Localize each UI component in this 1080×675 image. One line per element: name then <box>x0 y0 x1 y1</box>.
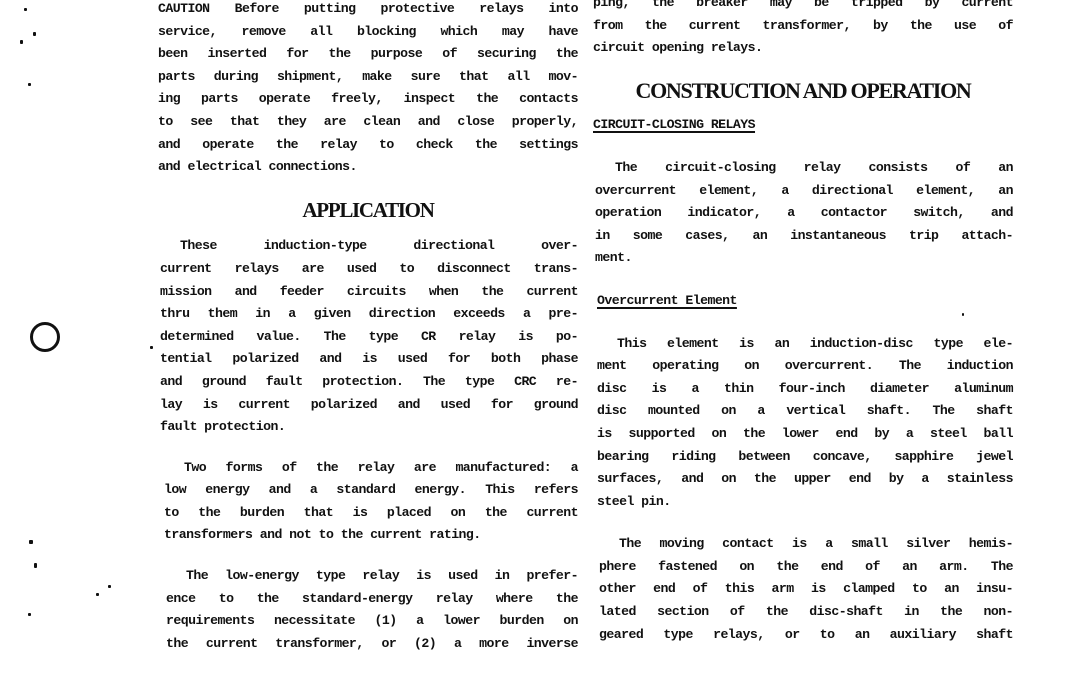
text-line: overcurrent element, a directional eleme… <box>595 180 1013 203</box>
text-line: Two forms of the relay are manufactured:… <box>164 457 578 480</box>
circuit-closing-paragraph: The circuit-closing relay consists of an… <box>593 157 1013 270</box>
text-line: in some cases, an instantaneous trip att… <box>595 225 1013 248</box>
text-line: ment operating on overcurrent. The induc… <box>597 355 1013 378</box>
scan-speck <box>28 83 31 86</box>
text-line: The low-energy type relay is used in pre… <box>166 565 578 588</box>
subheading-circuit-closing-relays: CIRCUIT-CLOSING RELAYS <box>593 114 755 137</box>
right-column: ping, the breaker may be tripped by curr… <box>593 0 1013 646</box>
text-line: other end of this arm is clamped to an i… <box>599 578 1013 601</box>
text-line: disc is a thin four-inch diameter alumin… <box>597 378 1013 401</box>
text-line: ing parts operate freely, inspect the co… <box>158 88 578 111</box>
text-line: requirements necessitate (1) a lower bur… <box>166 610 578 633</box>
text-line: to the burden that is placed on the curr… <box>164 502 578 525</box>
scan-speck <box>150 346 153 349</box>
scan-speck <box>108 585 111 588</box>
text-line: These induction-type directional over- <box>160 235 578 258</box>
text-line: to see that they are clean and close pro… <box>158 111 578 134</box>
text-line: fault protection. <box>160 416 578 439</box>
text-line: CAUTION Before putting protective relays… <box>158 0 578 21</box>
text-line: parts during shipment, make sure that al… <box>158 66 578 89</box>
text-line: from the current transformer, by the use… <box>593 15 1013 38</box>
text-line: ment. <box>595 247 1013 270</box>
text-line: geared type relays, or to an auxiliary s… <box>599 624 1013 647</box>
scan-speck <box>96 593 99 596</box>
text-line: The moving contact is a small silver hem… <box>599 533 1013 556</box>
text-line: thru them in a given direction exceeds a… <box>160 303 578 326</box>
text-line: ping, the breaker may be tripped by curr… <box>593 0 1013 15</box>
text-line: lated section of the disc-shaft in the n… <box>599 601 1013 624</box>
text-line: and operate the relay to check the setti… <box>158 134 578 157</box>
section-heading-construction: CONSTRUCTION AND OPERATION <box>593 80 1013 103</box>
application-paragraph-2: Two forms of the relay are manufactured:… <box>158 457 578 547</box>
text-line: disc mounted on a vertical shaft. The sh… <box>597 400 1013 423</box>
text-line: This element is an induction-disc type e… <box>597 333 1013 356</box>
text-line: is supported on the lower end by a steel… <box>597 423 1013 446</box>
section-heading-application: APPLICATION <box>158 199 578 222</box>
scan-speck <box>33 32 36 36</box>
scan-speck <box>24 8 27 11</box>
text-line: ence to the standard-energy relay where … <box>166 588 578 611</box>
caution-paragraph: CAUTION Before putting protective relays… <box>158 0 578 179</box>
text-line: circuit opening relays. <box>593 37 1013 60</box>
overcurrent-paragraph: This element is an induction-disc type e… <box>593 333 1013 514</box>
continuation-paragraph: ping, the breaker may be tripped by curr… <box>593 0 1013 60</box>
scan-speck <box>20 40 23 44</box>
text-line: current relays are used to disconnect tr… <box>160 258 578 281</box>
text-line: and electrical connections. <box>158 156 578 179</box>
text-line: been inserted for the purpose of securin… <box>158 43 578 66</box>
moving-contact-paragraph: The moving contact is a small silver hem… <box>593 533 1013 646</box>
scan-speck <box>28 613 31 616</box>
text-line: determined value. The type CR relay is p… <box>160 326 578 349</box>
application-paragraph-3: The low-energy type relay is used in pre… <box>158 565 578 655</box>
text-line: the current transformer, or (2) a more i… <box>166 633 578 656</box>
left-column: CAUTION Before putting protective relays… <box>158 0 578 655</box>
text-line: phere fastened on the end of an arm. The <box>599 556 1013 579</box>
binder-hole-mark <box>30 322 60 352</box>
text-line: transformers and not to the current rati… <box>164 524 578 547</box>
text-line: tential polarized and is used for both p… <box>160 348 578 371</box>
scan-speck <box>29 540 33 544</box>
application-paragraph-1: These induction-type directional over- c… <box>158 235 578 438</box>
text-line: service, remove all blocking which may h… <box>158 21 578 44</box>
text-line: mission and feeder circuits when the cur… <box>160 281 578 304</box>
text-line: operation indicator, a contactor switch,… <box>595 202 1013 225</box>
scan-speck <box>34 563 37 568</box>
text-line: bearing riding between concave, sapphire… <box>597 446 1013 469</box>
text-line: surfaces, and on the upper end by a stai… <box>597 468 1013 491</box>
text-line: low energy and a standard energy. This r… <box>164 479 578 502</box>
text-line: and ground fault protection. The type CR… <box>160 371 578 394</box>
text-line: lay is current polarized and used for gr… <box>160 394 578 417</box>
text-line: The circuit-closing relay consists of an <box>595 157 1013 180</box>
text-line: steel pin. <box>597 491 1013 514</box>
subheading-overcurrent-element: Overcurrent Element <box>597 290 737 313</box>
